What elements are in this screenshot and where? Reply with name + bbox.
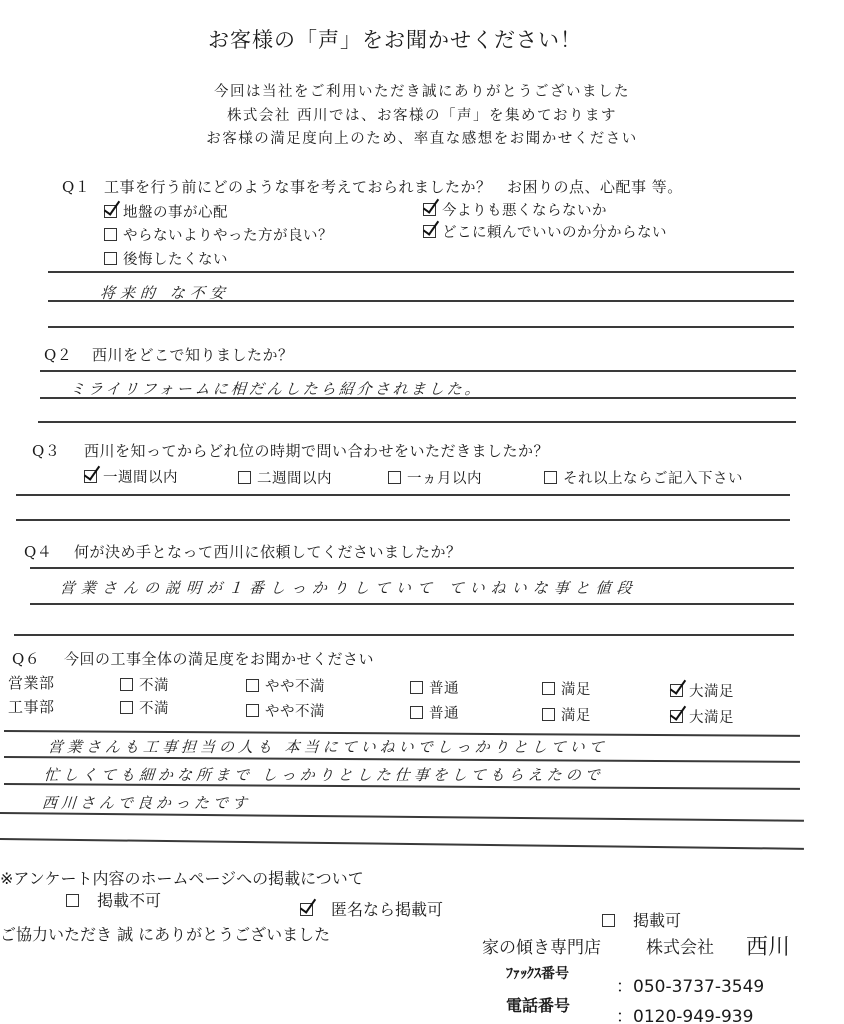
- ruled-line: [48, 271, 794, 273]
- option-label: どこに頼んでいいのか分からない: [442, 225, 667, 241]
- q2-handwritten-answer: ミライリフォームに相だんしたら紹介されました。: [69, 378, 483, 399]
- q6-sales-satisfied[interactable]: 満足: [542, 678, 591, 699]
- ruled-line: [40, 370, 796, 372]
- checkbox-checked-icon[interactable]: [300, 903, 313, 916]
- checkbox-checked-icon[interactable]: [423, 225, 436, 238]
- option-label: 掲載不可: [97, 891, 161, 910]
- option-label: 一ヵ月以内: [407, 471, 482, 487]
- page-title: お客様の「声」をお聞かせください！: [208, 24, 582, 54]
- q1-number: Q１: [62, 176, 90, 197]
- q6-handwritten-answer-1: 営業さんも工事担当の人も 本当にていねいでしっかりとしていて: [47, 736, 608, 757]
- option-label: 匿名なら掲載可: [331, 900, 443, 919]
- q6-sales-somewhat-dissatisfied[interactable]: やや不満: [246, 675, 325, 696]
- q6-sales-neutral[interactable]: 普通: [410, 677, 459, 698]
- ruled-line: [48, 326, 794, 328]
- tel-label: 電話番号: [506, 993, 570, 1016]
- q1-question: 工事を行う前にどのような事を考えておられましたか？ お困りの点、心配事 等。: [104, 176, 683, 197]
- q6-sales-dissatisfied[interactable]: 不満: [120, 674, 169, 695]
- option-label: 満足: [561, 682, 591, 698]
- fax-number: ：050-3737-3549: [616, 972, 764, 997]
- checkbox-icon[interactable]: [246, 704, 259, 717]
- q3-option-longer[interactable]: それ以上ならご記入下さい: [544, 467, 743, 488]
- intro-line-3: お客様の満足度向上のため、率直な感想をお聞かせください: [0, 127, 844, 148]
- ruled-line: [30, 603, 794, 605]
- q6-row-sales-label: 営業部: [8, 672, 55, 693]
- checkbox-checked-icon[interactable]: [423, 203, 436, 216]
- checkbox-icon[interactable]: [602, 914, 615, 927]
- ruled-line: [16, 494, 790, 496]
- checkbox-icon[interactable]: [542, 682, 555, 695]
- ruled-line: [0, 812, 804, 821]
- option-label: やや不満: [265, 679, 325, 695]
- q1-option-better-to-do[interactable]: やらないよりやった方が良い？: [104, 224, 333, 245]
- tel-number: ：0120-949-939: [616, 1002, 753, 1024]
- publish-option-not-allowed[interactable]: 掲載不可: [66, 888, 161, 911]
- q3-question: 西川を知ってからどれ位の時期で問い合わせをいただきましたか？: [84, 440, 549, 461]
- intro-line-1: 今回は当社をご利用いただき誠にありがとうございました: [0, 80, 844, 101]
- q6-construction-dissatisfied[interactable]: 不満: [120, 697, 169, 718]
- company-tagline: 家の傾き専門店: [482, 933, 601, 958]
- checkbox-icon[interactable]: [120, 701, 133, 714]
- option-label: 掲載可: [633, 911, 681, 930]
- q6-construction-satisfied[interactable]: 満足: [542, 704, 591, 725]
- q4-handwritten-answer: 営業さんの説明が１番しっかりしていて ていねいな事と値段: [59, 577, 638, 598]
- publish-option-anonymous[interactable]: 匿名なら掲載可: [300, 897, 443, 920]
- option-label: 今よりも悪くならないか: [442, 203, 607, 219]
- q3-option-one-month[interactable]: 一ヵ月以内: [388, 467, 482, 488]
- ruled-line: [40, 397, 796, 399]
- checkbox-icon[interactable]: [120, 678, 133, 691]
- q6-handwritten-answer-3: 西川さんで良かったです: [41, 792, 251, 813]
- thanks-message: ご協力いただき 誠 にありがとうございました: [0, 922, 330, 945]
- fax-label: ﾌｧｯｸｽ番号: [506, 963, 569, 983]
- checkbox-icon[interactable]: [246, 679, 259, 692]
- q6-row-construction-label: 工事部: [8, 696, 55, 717]
- checkbox-icon[interactable]: [238, 471, 251, 484]
- checkbox-icon[interactable]: [104, 252, 117, 265]
- checkbox-checked-icon[interactable]: [104, 205, 117, 218]
- q1-option-ground[interactable]: 地盤の事が心配: [104, 201, 228, 222]
- checkbox-checked-icon[interactable]: [670, 710, 683, 723]
- q6-number: Q６: [12, 648, 40, 669]
- q4-number: Q４: [24, 541, 52, 562]
- option-label: 普通: [429, 706, 459, 722]
- q6-handwritten-answer-2: 忙しくても細かな所まで しっかりとした仕事をしてもらえたので: [43, 764, 604, 785]
- q2-number: Q２: [44, 344, 72, 365]
- option-label: やや不満: [265, 704, 325, 720]
- option-label: 不満: [139, 678, 169, 694]
- q1-option-not-worse[interactable]: 今よりも悪くならないか: [423, 199, 607, 220]
- q3-option-one-week[interactable]: 一週間以内: [84, 466, 178, 487]
- checkbox-checked-icon[interactable]: [670, 684, 683, 697]
- company-name: 西川: [746, 930, 790, 961]
- publish-heading: ※アンケート内容のホームページへの掲載について: [0, 866, 364, 889]
- checkbox-icon[interactable]: [410, 706, 423, 719]
- q1-option-no-regret[interactable]: 後悔したくない: [104, 248, 228, 269]
- option-label: やらないよりやった方が良い？: [123, 228, 333, 244]
- option-label: 大満足: [689, 684, 734, 700]
- option-label: 普通: [429, 681, 459, 697]
- option-label: 不満: [139, 701, 169, 717]
- option-label: 地盤の事が心配: [123, 205, 228, 221]
- option-label: 満足: [561, 708, 591, 724]
- checkbox-icon[interactable]: [104, 228, 117, 241]
- ruled-line: [16, 519, 790, 521]
- q6-question: 今回の工事全体の満足度をお聞かせください: [64, 648, 374, 669]
- q6-construction-very-satisfied[interactable]: 大満足: [670, 706, 734, 727]
- checkbox-icon[interactable]: [410, 681, 423, 694]
- q6-construction-somewhat-dissatisfied[interactable]: やや不満: [246, 700, 325, 721]
- checkbox-icon[interactable]: [544, 471, 557, 484]
- option-label: それ以上ならご記入下さい: [563, 471, 743, 487]
- ruled-line: [38, 421, 796, 423]
- ruled-line: [14, 634, 794, 636]
- q3-option-two-weeks[interactable]: 二週間以内: [238, 467, 332, 488]
- option-label: 一週間以内: [103, 470, 178, 486]
- ruled-line: [0, 838, 804, 849]
- option-label: 二週間以内: [257, 471, 332, 487]
- option-label: 大満足: [689, 710, 734, 726]
- publish-option-allowed[interactable]: 掲載可: [602, 908, 681, 931]
- q1-option-who-to-ask[interactable]: どこに頼んでいいのか分からない: [423, 221, 667, 242]
- q6-construction-neutral[interactable]: 普通: [410, 702, 459, 723]
- checkbox-icon[interactable]: [388, 471, 401, 484]
- option-label: 後悔したくない: [123, 252, 228, 268]
- intro-line-2: 株式会社 西川では、お客様の「声」を集めております: [0, 104, 844, 125]
- ruled-line: [30, 567, 794, 569]
- q2-question: 西川をどこで知りましたか？: [92, 344, 294, 365]
- q3-number: Q３: [32, 440, 60, 461]
- ruled-line: [48, 300, 794, 302]
- q4-question: 何が決め手となって西川に依頼してくださいましたか？: [74, 541, 462, 562]
- checkbox-checked-icon[interactable]: [84, 470, 97, 483]
- company-type: 株式会社: [646, 933, 714, 958]
- checkbox-icon[interactable]: [66, 894, 79, 907]
- checkbox-icon[interactable]: [542, 708, 555, 721]
- q6-sales-very-satisfied[interactable]: 大満足: [670, 680, 734, 701]
